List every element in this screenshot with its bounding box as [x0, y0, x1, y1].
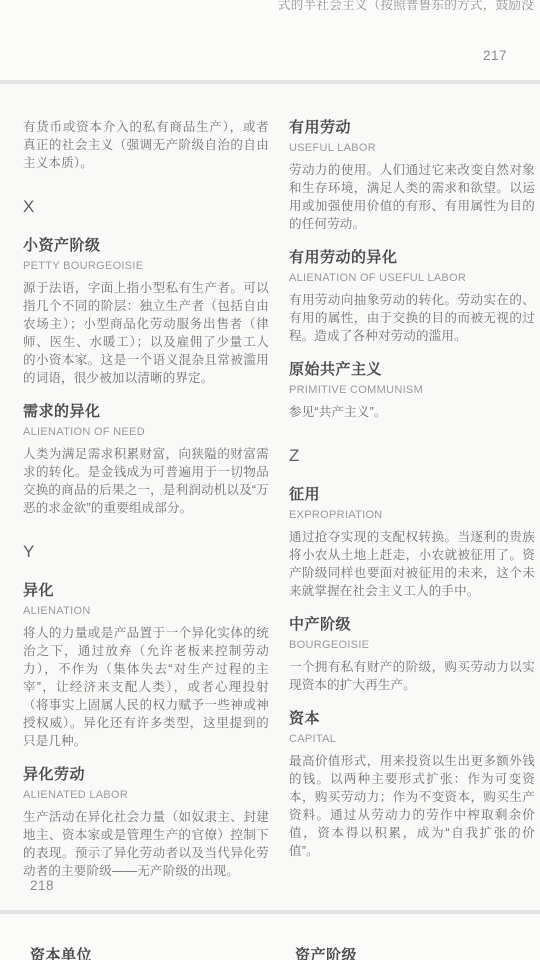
- prev-page-last-line: 式的半社会主义（按照普鲁东的方式，鼓励没: [278, 0, 534, 14]
- entry-body: 参见“共产主义”。: [289, 403, 535, 421]
- entry-alienation-of-useful-labor: 有用劳动的异化 ALIENATION OF USEFUL LABOR 有用劳动向…: [289, 248, 535, 345]
- entry-title-zh: 资本: [289, 709, 535, 729]
- entry-alienated-labor: 异化劳动 ALIENATED LABOR 生产活动在异化社会力量（如奴隶主、封建…: [23, 765, 269, 880]
- left-column: 有货币或资本介入的私有商品生产），或者真正的社会主义（强调无产阶级自治的自由主义…: [23, 118, 269, 895]
- entry-title-en: PRIMITIVE COMMUNISM: [289, 383, 535, 398]
- entry-body: 劳动力的使用。人们通过它来改变自然对象和生存环境，满足人类的需求和欲望。以运用或…: [289, 161, 535, 233]
- entry-title-en: ALIENATION OF USEFUL LABOR: [289, 271, 535, 286]
- right-column: 有用劳动 USEFUL LABOR 劳动力的使用。人们通过它来改变自然对象和生存…: [289, 118, 535, 875]
- entry-body: 将人的力量或是产品置于一个异化实体的统治之下，通过放弃（允许老板来控制劳动力），…: [23, 624, 269, 750]
- entry-body: 有用劳动向抽象劳动的转化。劳动实在的、有用的属性，由于交换的目的而被无视的过程。…: [289, 291, 535, 345]
- entry-expropriation: 征用 EXPROPRIATION 通过抢夺实现的支配权转换。当逐利的贵族将小农从…: [289, 485, 535, 600]
- entry-title-en: ALIENATED LABOR: [23, 788, 269, 803]
- entry-title-zh: 有用劳动的异化: [289, 248, 535, 268]
- next-page-right-heading: 资产阶级: [295, 946, 357, 960]
- entry-title-zh: 需求的异化: [23, 402, 269, 422]
- entry-body: 生产活动在异化社会力量（如奴隶主、封建地主、资本家或是管理生产的官僚）控制下的表…: [23, 808, 269, 880]
- entry-title-zh: 征用: [289, 485, 535, 505]
- section-letter-y: Y: [23, 541, 269, 563]
- intro-paragraph: 有货币或资本介入的私有商品生产），或者真正的社会主义（强调无产阶级自治的自由主义…: [23, 118, 269, 172]
- entry-body: 人类为满足需求积累财富，向狭隘的财富需求的转化。是金钱成为可普遍用于一切物品交换…: [23, 445, 269, 517]
- entry-body: 最高价值形式，用来投资以生出更多额外钱的钱。以两种主要形式扩张：作为可变资本，购…: [289, 752, 535, 860]
- entry-alienation-of-need: 需求的异化 ALIENATION OF NEED 人类为满足需求积累财富，向狭隘…: [23, 402, 269, 517]
- entry-title-zh: 有用劳动: [289, 118, 535, 138]
- entry-title-en: EXPROPRIATION: [289, 508, 535, 523]
- page-number-218: 218: [30, 878, 54, 893]
- entry-useful-labor: 有用劳动 USEFUL LABOR 劳动力的使用。人们通过它来改变自然对象和生存…: [289, 118, 535, 233]
- entry-title-en: USEFUL LABOR: [289, 141, 535, 156]
- entry-title-zh: 异化: [23, 581, 269, 601]
- entry-body: 源于法语，字面上指小型私有生产者。可以指几个不同的阶层：独立生产者（包括自由农场…: [23, 279, 269, 387]
- entry-title-zh: 原始共产主义: [289, 360, 535, 380]
- previous-page-bottom: 式的半社会主义（按照普鲁东的方式，鼓励没: [0, 0, 540, 80]
- entry-title-en: BOURGEOISIE: [289, 638, 535, 653]
- entry-primitive-communism: 原始共产主义 PRIMITIVE COMMUNISM 参见“共产主义”。: [289, 360, 535, 421]
- page-number-217: 217: [483, 48, 507, 63]
- entry-alienation: 异化 ALIENATION 将人的力量或是产品置于一个异化实体的统治之下，通过放…: [23, 581, 269, 750]
- entry-title-zh: 小资产阶级: [23, 236, 269, 256]
- entry-title-zh: 中产阶级: [289, 615, 535, 635]
- entry-body: 一个拥有私有财产的阶级，购买劳动力以实现资本的扩大再生产。: [289, 658, 535, 694]
- next-page-top: 资本单位 资产阶级: [0, 914, 540, 960]
- entry-capital: 资本 CAPITAL 最高价值形式，用来投资以生出更多额外钱的钱。以两种主要形式…: [289, 709, 535, 860]
- entry-title-zh: 异化劳动: [23, 765, 269, 785]
- section-letter-z: Z: [289, 445, 535, 467]
- entry-petty-bourgeoisie: 小资产阶级 PETTY BOURGEOISIE 源于法语，字面上指小型私有生产者…: [23, 236, 269, 387]
- entry-bourgeoisie: 中产阶级 BOURGEOISIE 一个拥有私有财产的阶级，购买劳动力以实现资本的…: [289, 615, 535, 694]
- entry-title-en: ALIENATION: [23, 604, 269, 619]
- entry-title-en: CAPITAL: [289, 732, 535, 747]
- section-letter-x: X: [23, 196, 269, 218]
- entry-title-en: ALIENATION OF NEED: [23, 425, 269, 440]
- entry-title-en: PETTY BOURGEOISIE: [23, 259, 269, 274]
- entry-body: 通过抢夺实现的支配权转换。当逐利的贵族将小农从土地上赶走，小农就被征用了。资产阶…: [289, 528, 535, 600]
- next-page-left-heading: 资本单位: [30, 946, 92, 960]
